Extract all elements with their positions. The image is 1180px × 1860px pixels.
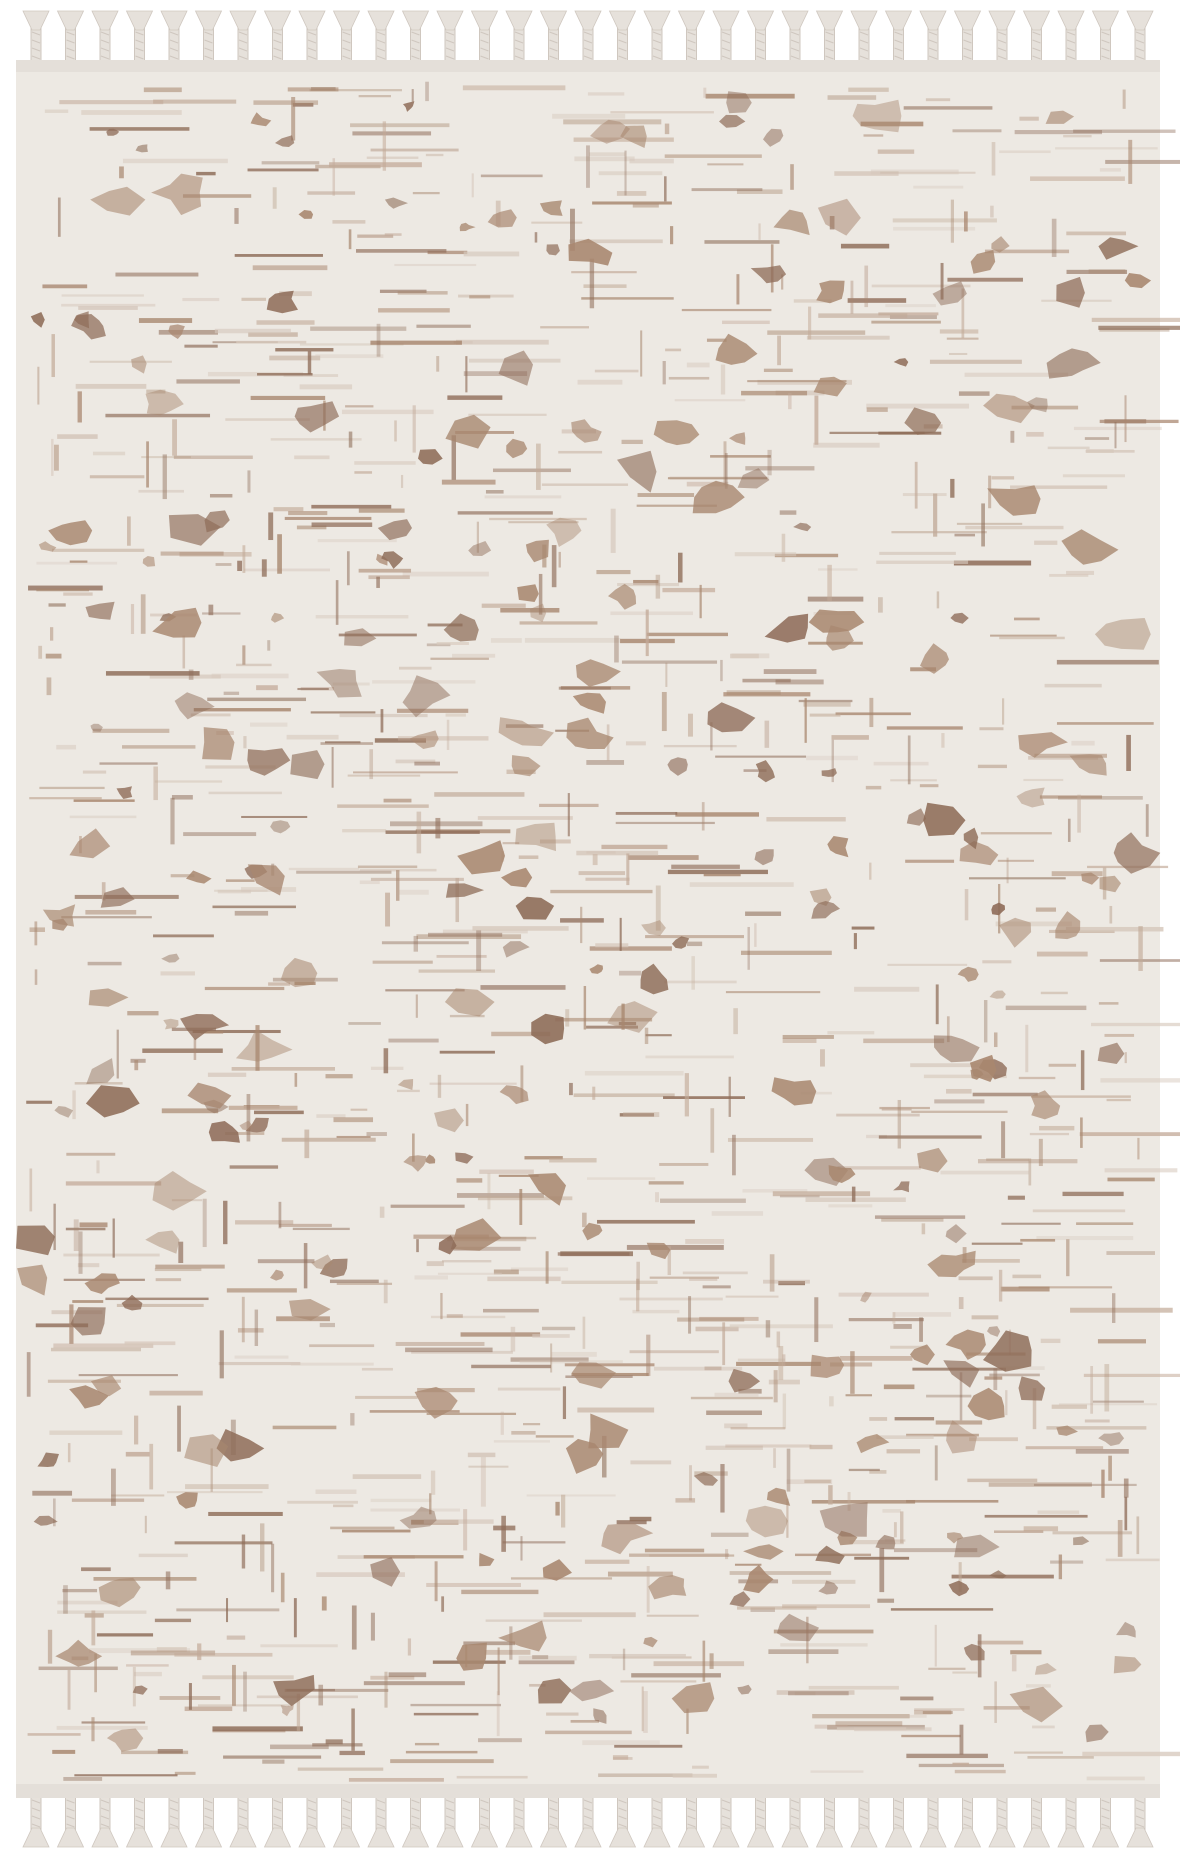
top-edge-band <box>16 60 1160 72</box>
bottom-edge-band <box>16 1784 1160 1798</box>
rug-image <box>0 0 1180 1860</box>
